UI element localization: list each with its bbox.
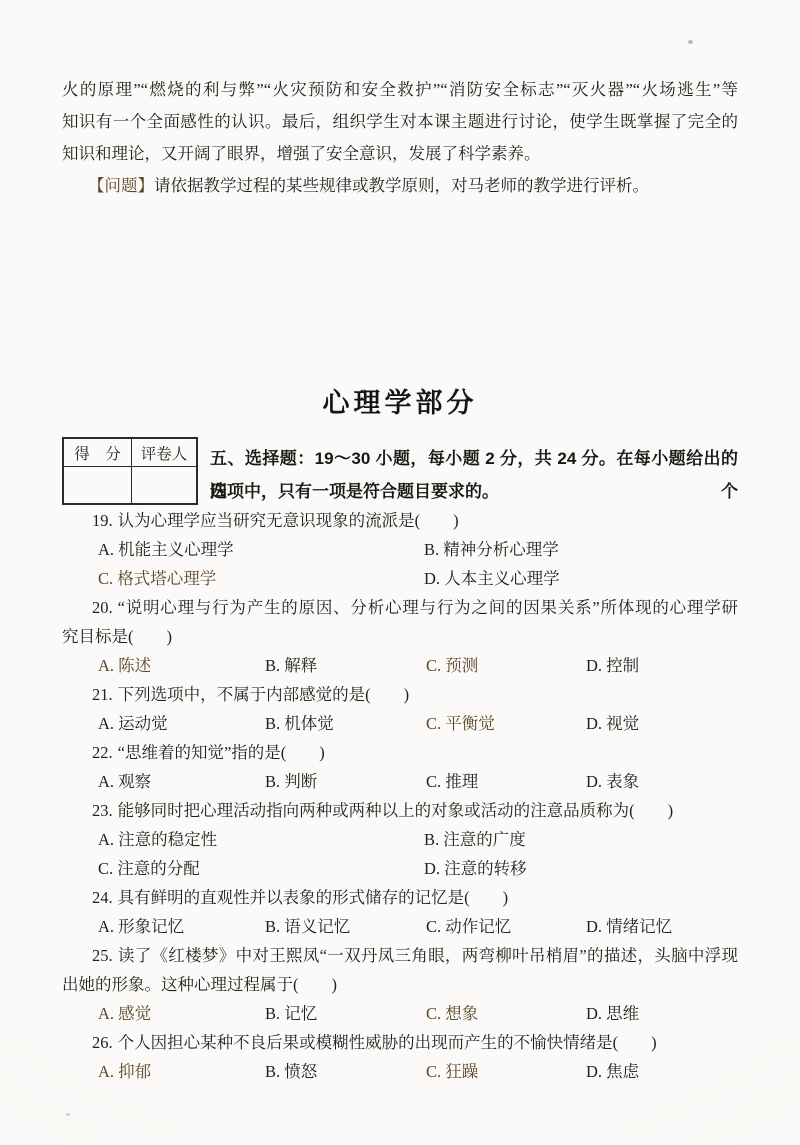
question-20-stem: 究目标是( ) bbox=[62, 622, 738, 651]
option-25-B: B. 记忆 bbox=[265, 999, 317, 1028]
passage-line-3: 知识和理论，又开阔了眼界，增强了安全意识，发展了科学素养。 bbox=[62, 138, 738, 170]
passage-question-line: 【问题】请依据教学过程的某些规律或教学原则，对马老师的教学进行评析。 bbox=[62, 170, 738, 202]
option-19-B: B. 精神分析心理学 bbox=[424, 535, 559, 564]
question-20-options: A. 陈述B. 解释C. 预测D. 控制 bbox=[62, 651, 738, 680]
question-21-stem: 21.下列选项中，不属于内部感觉的是( ) bbox=[62, 680, 738, 709]
question-label: 【问题】 bbox=[88, 176, 154, 195]
option-23-B: B. 注意的广度 bbox=[424, 825, 526, 854]
question-number: 23. bbox=[92, 801, 113, 820]
option-26-D: D. 焦虑 bbox=[586, 1057, 639, 1086]
question-22: 22.“思维着的知觉”指的是( )A. 观察B. 判断C. 推理D. 表象 bbox=[62, 738, 738, 796]
question-26-stem: 26.个人因担心某种不良后果或模糊性威胁的出现而产生的不愉快情绪是( ) bbox=[62, 1028, 738, 1057]
option-23-C: C. 注意的分配 bbox=[98, 854, 200, 883]
option-26-C: C. 狂躁 bbox=[426, 1057, 478, 1086]
option-19-D: D. 人本主义心理学 bbox=[424, 564, 560, 593]
question-23-options-row1: A. 注意的稳定性B. 注意的广度 bbox=[62, 825, 738, 854]
question-list: 19.认为心理学应当研究无意识现象的流派是( )A. 机能主义心理学B. 精神分… bbox=[62, 506, 738, 1086]
question-number: 22. bbox=[92, 743, 113, 762]
scan-speck bbox=[688, 40, 693, 44]
option-26-A: A. 抑郁 bbox=[98, 1057, 151, 1086]
question-25-stem: 25.读了《红楼梦》中对王熙凤“一双丹凤三角眼，两弯柳叶吊梢眉”的描述，头脑中浮… bbox=[62, 941, 738, 970]
option-22-D: D. 表象 bbox=[586, 767, 639, 796]
question-24: 24.具有鲜明的直观性并以表象的形式储存的记忆是( )A. 形象记忆B. 语义记… bbox=[62, 883, 738, 941]
question-26: 26.个人因担心某种不良后果或模糊性威胁的出现而产生的不愉快情绪是( )A. 抑… bbox=[62, 1028, 738, 1086]
grader-cell-label: 评卷人 bbox=[132, 439, 196, 467]
option-21-C: C. 平衡觉 bbox=[426, 709, 495, 738]
question-prompt: 请依据教学过程的某些规律或教学原则，对马老师的教学进行评析。 bbox=[154, 176, 649, 195]
question-23-options-row2: C. 注意的分配D. 注意的转移 bbox=[62, 854, 738, 883]
question-number: 20. bbox=[92, 598, 113, 617]
section-title: 心理学部分 bbox=[0, 381, 800, 420]
option-20-B: B. 解释 bbox=[265, 651, 317, 680]
option-21-A: A. 运动觉 bbox=[98, 709, 168, 738]
option-21-D: D. 视觉 bbox=[586, 709, 639, 738]
passage-line-2: 知识有一个全面感性的认识。最后，组织学生对本课主题进行讨论，使学生既掌握了完全的 bbox=[62, 106, 738, 138]
question-22-options: A. 观察B. 判断C. 推理D. 表象 bbox=[62, 767, 738, 796]
question-19-stem: 19.认为心理学应当研究无意识现象的流派是( ) bbox=[62, 506, 738, 535]
option-25-D: D. 思维 bbox=[586, 999, 639, 1028]
grader-cell-empty bbox=[132, 467, 196, 503]
score-table: 得 分 评卷人 bbox=[62, 437, 198, 505]
question-number: 19. bbox=[92, 511, 113, 530]
option-23-D: D. 注意的转移 bbox=[424, 854, 527, 883]
option-19-A: A. 机能主义心理学 bbox=[98, 535, 234, 564]
question-number: 26. bbox=[92, 1033, 113, 1052]
option-22-A: A. 观察 bbox=[98, 767, 151, 796]
question-25-stem: 出她的形象。这种心理过程属于( ) bbox=[62, 970, 738, 999]
option-24-A: A. 形象记忆 bbox=[98, 912, 184, 941]
option-24-D: D. 情绪记忆 bbox=[586, 912, 672, 941]
passage: 火的原理”“燃烧的利与弊”“火灾预防和安全救护”“消防安全标志”“灭火器”“火场… bbox=[62, 74, 738, 202]
score-cell-empty bbox=[64, 467, 132, 503]
question-24-stem: 24.具有鲜明的直观性并以表象的形式储存的记忆是( ) bbox=[62, 883, 738, 912]
question-21: 21.下列选项中，不属于内部感觉的是( )A. 运动觉B. 机体觉C. 平衡觉D… bbox=[62, 680, 738, 738]
question-24-options: A. 形象记忆B. 语义记忆C. 动作记忆D. 情绪记忆 bbox=[62, 912, 738, 941]
option-24-C: C. 动作记忆 bbox=[426, 912, 511, 941]
question-25-options: A. 感觉B. 记忆C. 想象D. 思维 bbox=[62, 999, 738, 1028]
option-21-B: B. 机体觉 bbox=[265, 709, 334, 738]
option-25-A: A. 感觉 bbox=[98, 999, 151, 1028]
option-23-A: A. 注意的稳定性 bbox=[98, 825, 217, 854]
question-20: 20.“说明心理与行为产生的原因、分析心理与行为之间的因果关系”所体现的心理学研… bbox=[62, 593, 738, 680]
section-instructions: 五、选择题：19～30 小题，每小题 2 分，共 24 分。在每小题给出的四个 … bbox=[210, 442, 738, 508]
option-20-C: C. 预测 bbox=[426, 651, 478, 680]
score-cell-label: 得 分 bbox=[64, 439, 132, 467]
option-25-C: C. 想象 bbox=[426, 999, 478, 1028]
question-23-stem: 23.能够同时把心理活动指向两种或两种以上的对象或活动的注意品质称为( ) bbox=[62, 796, 738, 825]
passage-lines: 火的原理”“燃烧的利与弊”“火灾预防和安全救护”“消防安全标志”“灭火器”“火场… bbox=[62, 74, 738, 170]
question-number: 24. bbox=[92, 888, 113, 907]
option-19-C: C. 格式塔心理学 bbox=[98, 564, 216, 593]
question-number: 21. bbox=[92, 685, 113, 704]
option-20-D: D. 控制 bbox=[586, 651, 639, 680]
option-24-B: B. 语义记忆 bbox=[265, 912, 350, 941]
question-19-options-row1: A. 机能主义心理学B. 精神分析心理学 bbox=[62, 535, 738, 564]
option-22-C: C. 推理 bbox=[426, 767, 478, 796]
instructions-line-1: 五、选择题：19～30 小题，每小题 2 分，共 24 分。在每小题给出的四个 bbox=[210, 442, 738, 475]
exam-page: 火的原理”“燃烧的利与弊”“火灾预防和安全救护”“消防安全标志”“灭火器”“火场… bbox=[0, 0, 800, 1145]
scan-speck bbox=[66, 1113, 70, 1116]
question-21-options: A. 运动觉B. 机体觉C. 平衡觉D. 视觉 bbox=[62, 709, 738, 738]
question-23: 23.能够同时把心理活动指向两种或两种以上的对象或活动的注意品质称为( )A. … bbox=[62, 796, 738, 883]
question-22-stem: 22.“思维着的知觉”指的是( ) bbox=[62, 738, 738, 767]
question-25: 25.读了《红楼梦》中对王熙凤“一双丹凤三角眼，两弯柳叶吊梢眉”的描述，头脑中浮… bbox=[62, 941, 738, 1028]
option-26-B: B. 愤怒 bbox=[265, 1057, 317, 1086]
option-22-B: B. 判断 bbox=[265, 767, 317, 796]
question-26-options: A. 抑郁B. 愤怒C. 狂躁D. 焦虑 bbox=[62, 1057, 738, 1086]
option-20-A: A. 陈述 bbox=[98, 651, 151, 680]
question-19: 19.认为心理学应当研究无意识现象的流派是( )A. 机能主义心理学B. 精神分… bbox=[62, 506, 738, 593]
question-19-options-row2: C. 格式塔心理学D. 人本主义心理学 bbox=[62, 564, 738, 593]
question-20-stem: 20.“说明心理与行为产生的原因、分析心理与行为之间的因果关系”所体现的心理学研 bbox=[62, 593, 738, 622]
question-number: 25. bbox=[92, 946, 113, 965]
passage-line-1: 火的原理”“燃烧的利与弊”“火灾预防和安全救护”“消防安全标志”“灭火器”“火场… bbox=[62, 74, 738, 106]
